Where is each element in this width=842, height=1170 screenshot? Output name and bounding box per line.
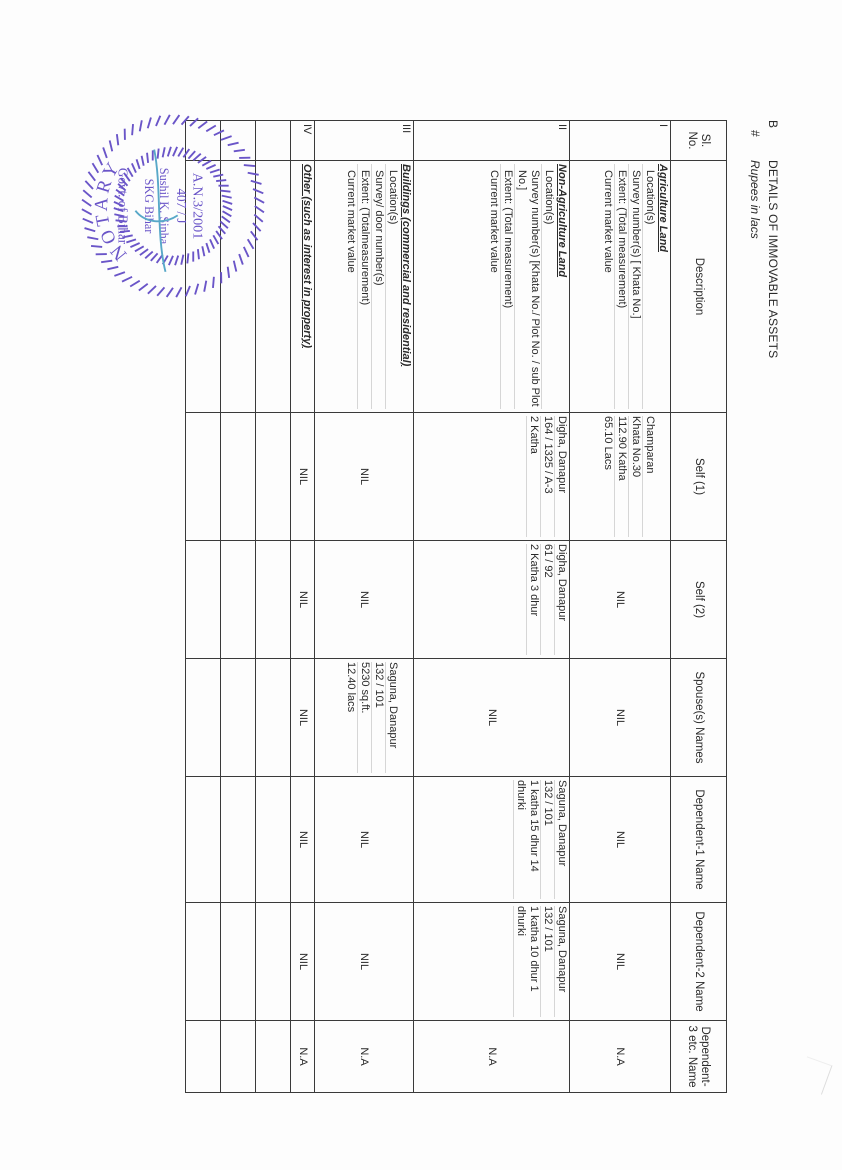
dep2-cell: NIL [315,903,414,1021]
cell-value: 2 Katha 3 dhur [526,544,540,655]
field-label: Current market value [344,164,357,409]
dep1-cell: NIL [291,777,315,903]
paper-mark [797,1056,833,1094]
category-label: Buildings (commercial and residential) [399,164,412,409]
self1-cell: NIL [291,413,315,541]
cell-value: Champaran [642,416,656,537]
cell-value [513,544,526,655]
cell-value [500,780,513,899]
field-label: Location(s) [385,164,399,409]
sl-no-cell: I [570,121,671,161]
cell-value: 132 / 101 [371,662,385,773]
spouse-cell: Saguna, Danapur132 / 1015230 sq.ft.12.40… [315,659,414,777]
cell-value: 132 / 101 [540,780,554,899]
self2-cell: NIL [315,541,414,659]
self2-cell: NIL [291,541,315,659]
currency-note: Rupees in lacs [748,160,762,239]
self2-cell: Digha, Danapur61 / 922 Katha 3 dhur [414,541,570,659]
dep1-cell: NIL [315,777,414,903]
dep3-cell: N.A [315,1021,414,1093]
dep3-cell: N.A [414,1021,570,1093]
dep1-cell: Saguna, Danapur132 / 1011 katha 15 dhur … [414,777,570,903]
cell-value: 112.90 Katha [614,416,628,537]
blank-cell [256,541,291,659]
category-label: Non-Agriculture Land [555,164,568,409]
cell-value: 164 / 1325 / A-3 [540,416,554,537]
stamp-text-line: Govt. of Bihar [115,168,130,245]
field-label: Extent: (Totalmeasurement) [357,164,371,409]
col-header-self-2: Self (2) [671,541,727,659]
self1-cell: Digha, Danapur164 / 1325 / A-32 Katha [414,413,570,541]
description-cell: Buildings (commercial and residential)Lo… [315,161,414,413]
blank-cell [256,659,291,777]
cell-value: 65.10 Lacs [601,416,614,537]
blank-cell [221,903,256,1021]
sl-no-cell: IV [291,121,315,161]
blank-cell [186,1021,221,1093]
field-label: Location(s) [642,164,656,409]
cell-value: 1 katha 10 dhur 1 dhurki [513,906,540,1017]
dep3-cell: N.A [291,1021,315,1093]
cell-value: 12.40 lacs [344,662,357,773]
field-label: Extent: (Total measurement) [614,164,628,409]
spouse-cell: NIL [414,659,570,777]
cell-value [513,416,526,537]
cell-value: 5230 sq.ft. [357,662,371,773]
table-header-row: Sl. No. Description Self (1) Self (2) Sp… [671,121,727,1093]
stamp-text-line: 407 / J [174,188,189,223]
blank-cell [256,777,291,903]
document-page: B DETAILS OF IMMOVABLE ASSETS # Rupees i… [0,0,842,1170]
stamp-text-line: A.N.3/2001 [190,173,206,240]
section-letter: B [766,120,780,128]
col-header-self-1: Self (1) [671,413,727,541]
cell-value: Digha, Danapur [554,544,568,655]
field-label: Survey number(s) [Khata No./ Plot No. / … [514,164,541,409]
blank-cell [221,1021,256,1093]
blank-cell [221,541,256,659]
description-cell: Non-Agriculture LandLocation(s)Survey nu… [414,161,570,413]
blank-cell [256,1021,291,1093]
field-label: Location(s) [541,164,555,409]
dep2-cell: NIL [570,903,671,1021]
spouse-cell: NIL [291,659,315,777]
note-marker: # [748,130,762,137]
cell-value: 1 katha 15 dhur 14 dhurki [513,780,540,899]
blank-cell [256,413,291,541]
table-row: IVOther (such as interest in property)NI… [291,121,315,1093]
cell-value: 2 Katha [526,416,540,537]
table-row: IINon-Agriculture LandLocation(s)Survey … [414,121,570,1093]
field-label: Current market value [601,164,614,409]
blank-cell [221,659,256,777]
field-label: Survey number(s) [ Khata No.] [628,164,642,409]
sl-no-cell: III [315,121,414,161]
self2-cell: NIL [570,541,671,659]
col-header-sl-no: Sl. No. [671,121,727,161]
col-header-dependent-2: Dependent-2 Name [671,903,727,1021]
description-cell: Other (such as interest in property) [291,161,315,413]
col-header-dependent-3: Dependent-3 etc. Name [671,1021,727,1093]
blank-cell [221,413,256,541]
cell-value: 61 / 92 [540,544,554,655]
spouse-cell: NIL [570,659,671,777]
table-row: IIIBuildings (commercial and residential… [315,121,414,1093]
field-label: Extent: (Total measurement) [500,164,514,409]
field-label: Current market value [487,164,500,409]
blank-cell [186,413,221,541]
dep3-cell: N.A [570,1021,671,1093]
field-label: Survey/ door number(s) [371,164,385,409]
self1-cell: NIL [315,413,414,541]
dep1-cell: NIL [570,777,671,903]
table-row: IAgriculture LandLocation(s)Survey numbe… [570,121,671,1093]
cell-value: Digha, Danapur [554,416,568,537]
cell-value: Saguna, Danapur [385,662,399,773]
col-header-spouse: Spouse(s) Names [671,659,727,777]
page-title: DETAILS OF IMMOVABLE ASSETS [766,160,780,358]
sl-no-cell: II [414,121,570,161]
blank-cell [186,777,221,903]
cell-value: Khata No.30 [628,416,642,537]
col-header-dependent-1: Dependent-1 Name [671,777,727,903]
dep2-cell: NIL [291,903,315,1021]
blank-cell [186,659,221,777]
category-label: Other (such as interest in property) [300,164,313,409]
dep2-cell: Saguna, Danapur132 / 1011 katha 10 dhur … [414,903,570,1021]
stamp-text-line: SKG Bihar [142,179,156,234]
notary-stamp: NOTARY A.N.3/2001407 / JSushil K. SinhaS… [79,112,267,300]
blank-cell [186,541,221,659]
blank-cell [221,777,256,903]
category-label: Agriculture Land [656,164,669,409]
blank-cell [256,903,291,1021]
col-header-description: Description [671,161,727,413]
self1-cell: ChamparanKhata No.30112.90 Katha65.10 La… [570,413,671,541]
cell-value: Saguna, Danapur [554,906,568,1017]
cell-value [500,906,513,1017]
description-cell: Agriculture LandLocation(s)Survey number… [570,161,671,413]
cell-value: Saguna, Danapur [554,780,568,899]
cell-value: 132 / 101 [540,906,554,1017]
blank-cell [186,903,221,1021]
